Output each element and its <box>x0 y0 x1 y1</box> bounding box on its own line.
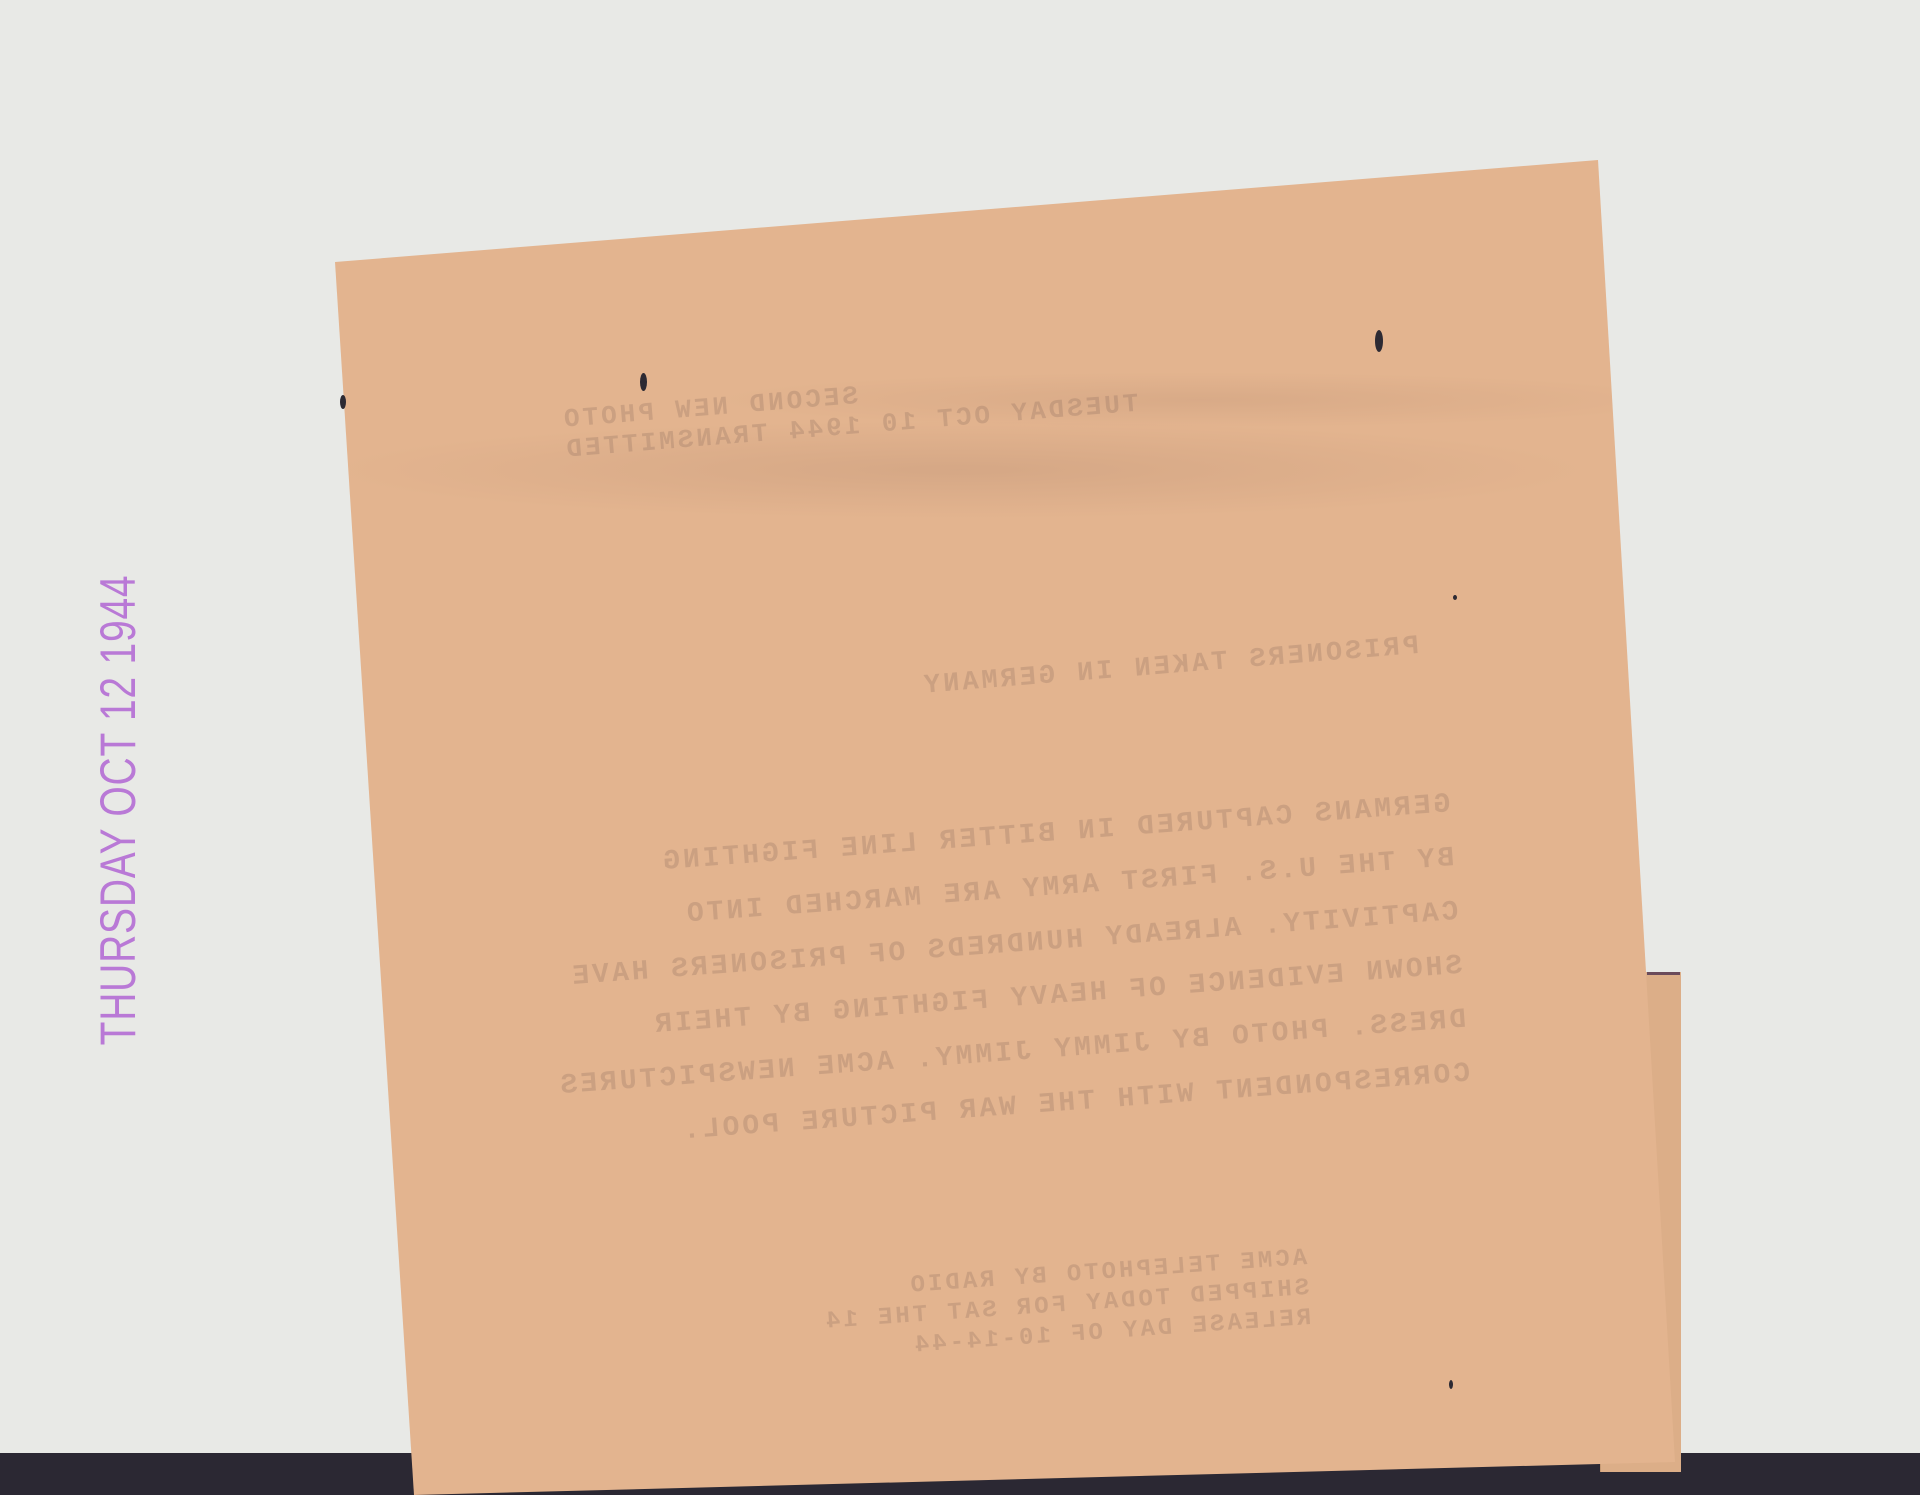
ink-dot <box>340 395 346 409</box>
back-sheet-top-edge <box>1647 972 1680 975</box>
date-stamp-text: THURSDAY OCT 12 1944 <box>89 575 147 1046</box>
ink-dot <box>1375 330 1383 352</box>
ink-dot <box>1453 595 1457 600</box>
ink-dot <box>1449 1380 1453 1389</box>
body-text-block: GERMANS CAPTURED IN BITTER LINE FIGHTING… <box>540 778 1472 1168</box>
date-stamp: THURSDAY OCT 12 1944 <box>89 508 147 1112</box>
ink-dot <box>640 373 647 391</box>
